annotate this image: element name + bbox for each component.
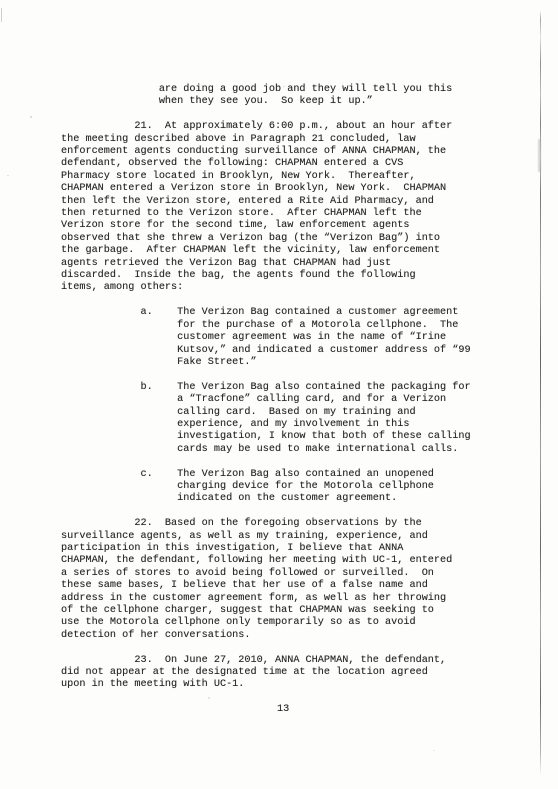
paper-speck <box>1 8 2 22</box>
paper-speck <box>30 116 32 118</box>
paragraph-21: 21. At approximately 6:00 p.m., about an… <box>61 121 531 295</box>
scan-artifact-smudge <box>538 139 541 172</box>
scanned-document-page: are doing a good job and they will tell … <box>0 0 558 789</box>
document-body: are doing a good job and they will tell … <box>61 84 531 717</box>
list-item-c: c. The Verizon Bag also contained an uno… <box>61 469 531 506</box>
scan-artifact-line <box>540 10 541 776</box>
list-item-b: b. The Verizon Bag also contained the pa… <box>61 382 531 456</box>
paragraph-23: 23. On June 27, 2010, ANNA CHAPMAN, the … <box>61 655 531 692</box>
list-item-a: a. The Verizon Bag contained a customer … <box>61 307 531 369</box>
quote-continuation: are doing a good job and they will tell … <box>61 84 531 109</box>
paper-speck <box>433 750 435 751</box>
paper-speck <box>7 175 9 176</box>
paragraph-22: 22. Based on the foregoing observations … <box>61 518 531 642</box>
page-number: 13 <box>61 704 531 716</box>
